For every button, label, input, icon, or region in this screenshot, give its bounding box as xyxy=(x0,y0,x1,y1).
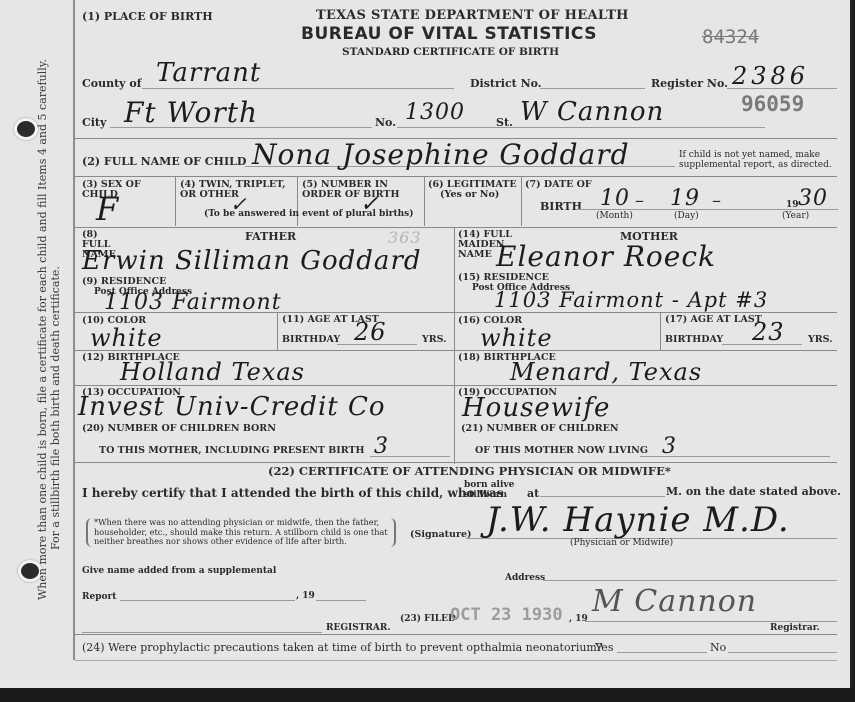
report-year-prefix: , 19 xyxy=(296,591,315,601)
street-value: W Cannon xyxy=(520,97,664,127)
certificate-title: (22) CERTIFICATE OF ATTENDING PHYSICIAN … xyxy=(268,464,671,478)
mother-color-value: white xyxy=(480,324,553,352)
mother-occupation-value: Housewife xyxy=(462,393,610,423)
at-label: at xyxy=(527,487,539,500)
children-living-value: 3 xyxy=(662,434,677,459)
stillborn-option: stillborn xyxy=(464,490,507,500)
binding-hole-top xyxy=(14,118,38,140)
signature-caption: (Physician or Midwife) xyxy=(570,538,673,548)
prophylactic-question: (24) Were prophylactic precautions taken… xyxy=(82,641,603,654)
register-value: 2386 xyxy=(732,62,809,90)
mother-age-value: 23 xyxy=(752,318,785,346)
children-born-sub: TO THIS MOTHER, INCLUDING PRESENT BIRTH xyxy=(99,446,365,456)
house-no-label: No. xyxy=(375,116,396,129)
father-yrs-label: YRS. xyxy=(422,335,447,345)
prophylactic-yes-field xyxy=(617,652,707,653)
county-label: County of xyxy=(82,77,141,90)
birth-certificate: When more than one child is born, file a… xyxy=(0,0,853,688)
birth-month-value: 10 xyxy=(600,186,630,211)
registrar-signature: M Cannon xyxy=(592,584,757,619)
father-name-value: Erwin Silliman Goddard xyxy=(82,246,422,276)
plural-births-note: (To be answered in event of plural birth… xyxy=(204,209,414,219)
department-title: TEXAS STATE DEPARTMENT OF HEALTH xyxy=(316,8,629,23)
birth-label: BIRTH xyxy=(540,200,582,213)
house-no-value: 1300 xyxy=(405,100,465,125)
children-living-label: (21) NUMBER OF CHILDREN xyxy=(461,424,619,434)
children-born-value: 3 xyxy=(374,434,389,459)
mother-residence-value: 1103 Fairmont - Apt #3 xyxy=(494,288,768,312)
margin-instructions: When more than one child is born, file a… xyxy=(36,59,62,600)
margin-instructions-line1: When more than one child is born, file a… xyxy=(36,59,49,600)
district-label: District No. xyxy=(470,77,542,90)
pencil-note: 363 xyxy=(388,228,422,247)
birth-year-prefix: 19 xyxy=(786,200,799,210)
children-living-sub: OF THIS MOTHER NOW LIVING xyxy=(475,446,648,456)
report-label: Report xyxy=(82,592,116,602)
supplemental-name-label: Give name added from a supplemental xyxy=(82,566,276,576)
children-born-label: (20) NUMBER OF CHILDREN BORN xyxy=(82,424,276,434)
birth-year-value: 30 xyxy=(798,186,828,211)
stamped-number: 96059 xyxy=(741,92,804,116)
child-name-label: (2) FULL NAME OF CHILD xyxy=(82,155,246,168)
supplemental-registrar-label: REGISTRAR. xyxy=(326,623,391,633)
margin-rule xyxy=(73,0,75,660)
address-label: Address xyxy=(505,573,545,583)
mother-yrs-label: YRS. xyxy=(808,335,833,345)
time-field xyxy=(540,496,665,497)
child-name-note: If child is not yet named, make suppleme… xyxy=(679,150,839,170)
bureau-title: BUREAU OF VITAL STATISTICS xyxy=(301,24,597,44)
signature-label: (Signature) xyxy=(410,530,472,540)
filed-year-prefix: , 19 xyxy=(569,614,588,624)
filed-label: (23) FILED xyxy=(400,614,456,624)
address-field xyxy=(543,580,837,581)
prophylactic-no-field xyxy=(728,652,837,653)
filed-stamp: OCT 23 1930 xyxy=(450,605,563,625)
margin-instructions-line2: For a stillbirth file both birth and dea… xyxy=(49,59,62,600)
certify-text: I hereby certify that I attended the bir… xyxy=(82,486,504,500)
mother-residence-label: (15) RESIDENCE xyxy=(458,273,549,283)
mother-birthday-label: BIRTHDAY xyxy=(665,335,723,345)
m-text: M. on the date stated above. xyxy=(666,485,841,498)
father-birthplace-value: Holland Texas xyxy=(120,358,305,386)
father-birthday-label: BIRTHDAY xyxy=(282,335,340,345)
mother-birthplace-value: Menard, Texas xyxy=(510,358,702,386)
father-color-value: white xyxy=(90,324,163,352)
child-name-value: Nona Josephine Goddard xyxy=(252,138,630,171)
father-header: FATHER xyxy=(245,230,296,243)
father-age-value: 26 xyxy=(354,318,387,346)
struck-number: 84324 xyxy=(702,26,759,48)
street-label: St. xyxy=(496,116,513,129)
born-alive-option: born alive xyxy=(464,480,514,490)
sex-value: F xyxy=(96,190,119,228)
day-caption: (Day) xyxy=(674,211,699,221)
county-value: Tarrant xyxy=(156,58,261,88)
sex-label: (3) SEX OF CHILD xyxy=(82,180,167,200)
month-caption: (Month) xyxy=(596,211,633,221)
place-of-birth-label: (1) PLACE OF BIRTH xyxy=(82,10,213,23)
footnote: *When there was no attending physician o… xyxy=(86,518,396,547)
father-residence-label: (9) RESIDENCE xyxy=(82,277,166,287)
registrar-label: Registrar. xyxy=(770,623,820,633)
father-occupation-value: Invest Univ-Credit Co xyxy=(78,392,386,422)
form-title: STANDARD CERTIFICATE OF BIRTH xyxy=(342,46,559,58)
dob-label: (7) DATE OF xyxy=(525,180,592,190)
legitimate-sub: (Yes or No) xyxy=(440,190,499,200)
prophylactic-no-label: No xyxy=(710,641,726,654)
birth-day-value: 19 xyxy=(670,186,700,211)
mother-name-value: Eleanor Roeck xyxy=(496,240,716,273)
city-label: City xyxy=(82,116,106,129)
prophylactic-yes-label: Yes xyxy=(595,641,613,654)
year-caption: (Year) xyxy=(782,211,809,221)
register-label: Register No. xyxy=(651,77,728,90)
city-value: Ft Worth xyxy=(124,96,258,129)
mother-age-label: (17) AGE AT LAST xyxy=(665,315,762,325)
physician-signature: J.W. Haynie M.D. xyxy=(486,500,790,540)
